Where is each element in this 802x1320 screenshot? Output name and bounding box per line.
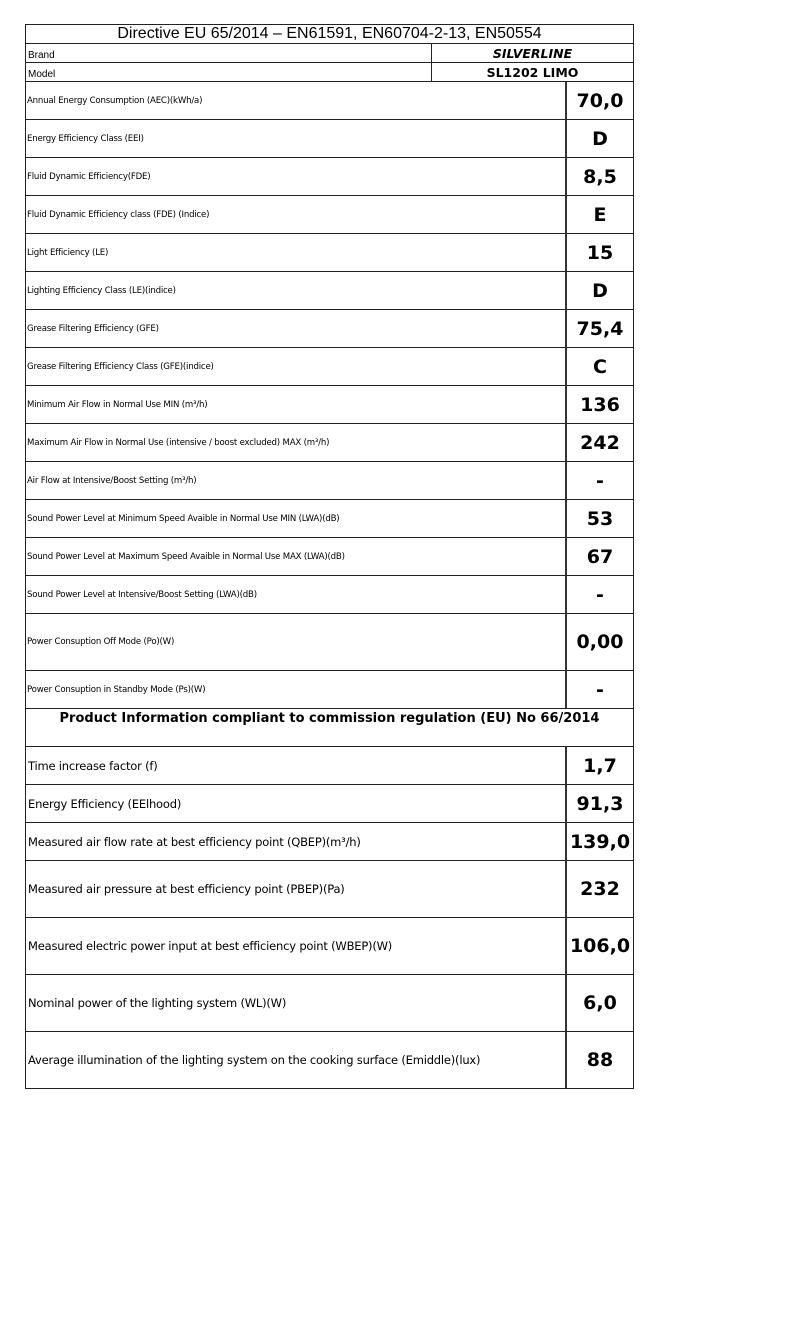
row-value: -	[567, 576, 633, 613]
table-row: Energy Efficiency (EElhood)91,3	[25, 785, 634, 823]
section-title-row: Product Information compliant to commiss…	[25, 709, 634, 747]
row-value: D	[567, 120, 633, 157]
row-value: 75,4	[567, 310, 633, 347]
directive-title: Directive EU 65/2014 – EN61591, EN60704-…	[25, 24, 634, 44]
row-label: Sound Power Level at Maximum Speed Avaib…	[26, 538, 567, 575]
row-value: -	[567, 671, 633, 708]
table-row: Sound Power Level at Intensive/Boost Set…	[25, 576, 634, 614]
table-row: Sound Power Level at Maximum Speed Avaib…	[25, 538, 634, 576]
row-label: Measured air pressure at best efficiency…	[26, 861, 567, 917]
table-row: Annual Energy Consumption (AEC)(kWh/a)70…	[25, 82, 634, 120]
row-value: 232	[567, 861, 633, 917]
table-row: Fluid Dynamic Efficiency(FDE)8,5	[25, 158, 634, 196]
section-title: Product Information compliant to commiss…	[60, 711, 600, 746]
table-row: Grease Filtering Efficiency Class (GFE)(…	[25, 348, 634, 386]
table-row: Lighting Efficiency Class (LE)(indice)D	[25, 272, 634, 310]
row-label: Sound Power Level at Minimum Speed Avaib…	[26, 500, 567, 537]
row-label: Fluid Dynamic Efficiency(FDE)	[26, 158, 567, 195]
product-fiche-table: Directive EU 65/2014 – EN61591, EN60704-…	[25, 24, 634, 1089]
row-label: Time increase factor (f)	[26, 747, 567, 784]
row-value: 1,7	[567, 747, 633, 784]
row-value: 6,0	[567, 975, 633, 1031]
row-label: Measured air flow rate at best efficienc…	[26, 823, 567, 860]
table-row: Power Consuption in Standby Mode (Ps)(W)…	[25, 671, 634, 709]
row-label: Measured electric power input at best ef…	[26, 918, 567, 974]
table-row: Time increase factor (f)1,7	[25, 747, 634, 785]
table-row: Measured air flow rate at best efficienc…	[25, 823, 634, 861]
row-label: Grease Filtering Efficiency (GFE)	[26, 310, 567, 347]
row-value: 106,0	[567, 918, 633, 974]
table-row: Average illumination of the lighting sys…	[25, 1032, 634, 1089]
model-label: Model	[26, 63, 432, 81]
row-value: -	[567, 462, 633, 499]
row-value: 139,0	[567, 823, 633, 860]
row-label: Power Consuption Off Mode (Po)(W)	[26, 614, 567, 670]
brand-label: Brand	[26, 44, 432, 62]
brand-row: Brand SILVERLINE	[25, 44, 634, 63]
row-label: Grease Filtering Efficiency Class (GFE)(…	[26, 348, 567, 385]
model-value: SL1202 LIMO	[432, 63, 633, 81]
row-label: Lighting Efficiency Class (LE)(indice)	[26, 272, 567, 309]
row-value: 70,0	[567, 82, 633, 119]
row-value: 53	[567, 500, 633, 537]
brand-value: SILVERLINE	[432, 44, 633, 62]
table-row: Minimum Air Flow in Normal Use MIN (m³/h…	[25, 386, 634, 424]
table-row: Measured electric power input at best ef…	[25, 918, 634, 975]
row-value: E	[567, 196, 633, 233]
model-row: Model SL1202 LIMO	[25, 63, 634, 82]
row-value: 67	[567, 538, 633, 575]
table-row: Maximum Air Flow in Normal Use (intensiv…	[25, 424, 634, 462]
row-value: 8,5	[567, 158, 633, 195]
table-row: Fluid Dynamic Efficiency class (FDE) (In…	[25, 196, 634, 234]
table-row: Power Consuption Off Mode (Po)(W)0,00	[25, 614, 634, 671]
table-row: Air Flow at Intensive/Boost Setting (m³/…	[25, 462, 634, 500]
spec-rows: Annual Energy Consumption (AEC)(kWh/a)70…	[25, 82, 634, 709]
row-label: Minimum Air Flow in Normal Use MIN (m³/h…	[26, 386, 567, 423]
row-value: C	[567, 348, 633, 385]
directive-title-text: Directive EU 65/2014 – EN61591, EN60704-…	[117, 25, 541, 43]
row-label: Annual Energy Consumption (AEC)(kWh/a)	[26, 82, 567, 119]
row-label: Sound Power Level at Intensive/Boost Set…	[26, 576, 567, 613]
row-label: Air Flow at Intensive/Boost Setting (m³/…	[26, 462, 567, 499]
row-label: Light Efficiency (LE)	[26, 234, 567, 271]
row-value: 91,3	[567, 785, 633, 822]
table-row: Light Efficiency (LE)15	[25, 234, 634, 272]
row-value: D	[567, 272, 633, 309]
row-label: Energy Efficiency Class (EEI)	[26, 120, 567, 157]
row-value: 0,00	[567, 614, 633, 670]
row-value: 242	[567, 424, 633, 461]
table-row: Nominal power of the lighting system (WL…	[25, 975, 634, 1032]
row-value: 88	[567, 1032, 633, 1088]
table-row: Energy Efficiency Class (EEI)D	[25, 120, 634, 158]
table-row: Grease Filtering Efficiency (GFE)75,4	[25, 310, 634, 348]
row-value: 15	[567, 234, 633, 271]
table-row: Sound Power Level at Minimum Speed Avaib…	[25, 500, 634, 538]
row-label: Energy Efficiency (EElhood)	[26, 785, 567, 822]
product-info-rows: Time increase factor (f)1,7Energy Effici…	[25, 747, 634, 1089]
row-label: Power Consuption in Standby Mode (Ps)(W)	[26, 671, 567, 708]
row-label: Fluid Dynamic Efficiency class (FDE) (In…	[26, 196, 567, 233]
row-value: 136	[567, 386, 633, 423]
row-label: Maximum Air Flow in Normal Use (intensiv…	[26, 424, 567, 461]
table-row: Measured air pressure at best efficiency…	[25, 861, 634, 918]
row-label: Average illumination of the lighting sys…	[26, 1032, 567, 1088]
row-label: Nominal power of the lighting system (WL…	[26, 975, 567, 1031]
